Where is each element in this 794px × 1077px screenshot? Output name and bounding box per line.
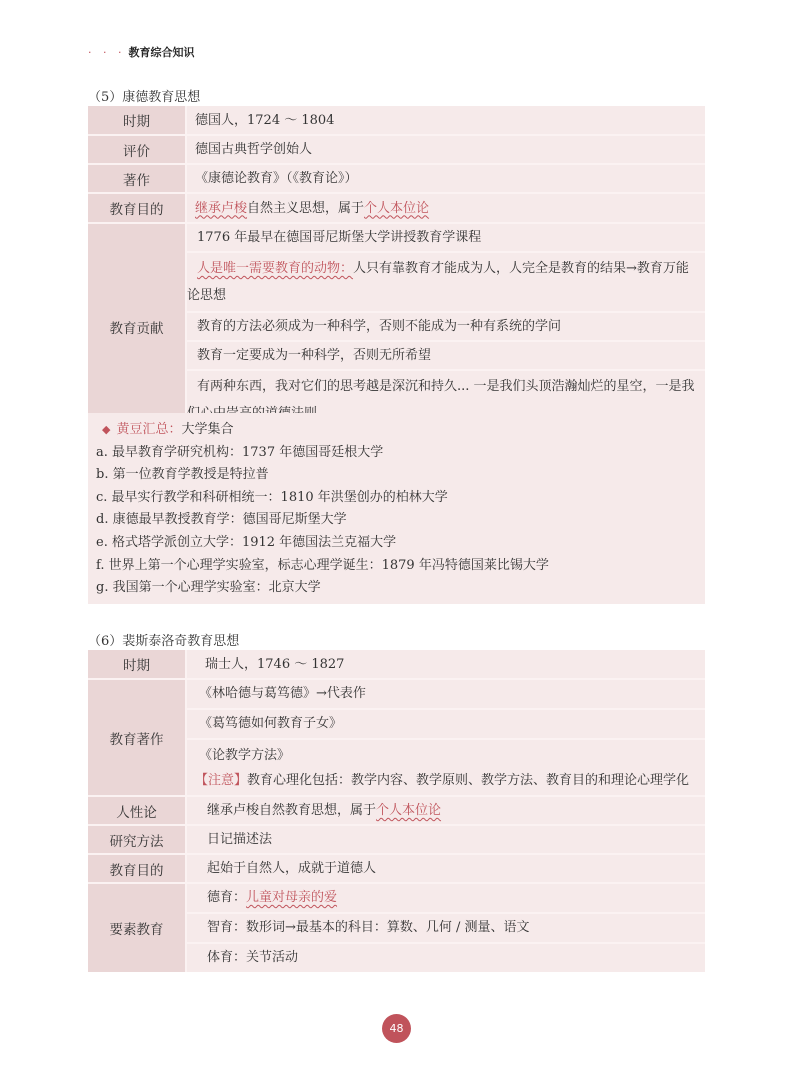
book-title: 《论教学方法》 [199,743,701,768]
row-value: 继承卢梭自然主义思想，属于个人本位论 [186,193,705,223]
row-value: 瑞士人，1746 ～ 1827 [186,650,705,679]
table-row: 时期 瑞士人，1746 ～ 1827 [88,650,705,679]
list-item: 人是唯一需要教育的动物：人只有靠教育才能成为人，人完全是教育的结果→教育万能论思… [187,253,705,313]
table-row: 人性论 继承卢梭自然教育思想，属于个人本位论 [88,796,705,825]
list-item: 《林哈德与葛笃德》→代表作 [187,680,705,710]
section-6-title: （6）裴斯泰洛奇教育思想 [88,630,239,649]
row-label: 教育目的 [88,193,186,223]
list-item: 德育：儿童对母亲的爱 [187,884,705,914]
list-item: a. 最早教育学研究机构：1737 年德国哥廷根大学 [96,442,697,465]
row-value: 德国古典哲学创始人 [186,135,705,164]
list-item: 教育的方法必须成为一种科学，否则不能成为一种有系统的学问 [187,313,705,342]
list-item: c. 最早实行教学和科研相统一：1810 年洪堡创办的柏林大学 [96,487,697,510]
row-label: 教育著作 [88,679,186,796]
summary-label: 黄豆汇总： [116,422,181,437]
table-row: 教育目的 起始于自然人，成就于道德人 [88,854,705,883]
highlight-text: 个人本位论 [364,201,429,216]
table-row: 时期 德国人，1724 ～ 1804 [88,106,705,135]
table-row: 研究方法 日记描述法 [88,825,705,854]
note-label: 【注意】 [195,773,247,788]
diamond-icon: ◆ [102,423,110,436]
row-value: 德国人，1724 ～ 1804 [186,106,705,135]
row-label: 教育目的 [88,854,186,883]
note-text: 教育心理化包括：教学内容、教学原则、教学方法、教育目的和理论心理学化 [247,773,689,788]
list-item: 智育：数形词→最基本的科目：算数、几何 / 测量、语文 [187,914,705,944]
list-item: g. 我国第一个心理学实验室：北京大学 [96,577,697,600]
list-item: 教育一定要成为一种科学，否则无所希望 [187,342,705,371]
list-item: 1776 年最早在德国哥尼斯堡大学讲授教育学课程 [187,224,705,253]
body-text: 继承卢梭自然教育思想，属于 [207,803,376,818]
summary-box: ◆黄豆汇总：大学集合 a. 最早教育学研究机构：1737 年德国哥廷根大学 b.… [88,413,705,604]
row-value: 日记描述法 [186,825,705,854]
table-row: 教育目的 继承卢梭自然主义思想，属于个人本位论 [88,193,705,223]
list-item: 《论教学方法》 【注意】教育心理化包括：教学内容、教学原则、教学方法、教育目的和… [187,740,705,795]
table-row: 评价 德国古典哲学创始人 [88,135,705,164]
row-label: 研究方法 [88,825,186,854]
section-5-title: （5）康德教育思想 [88,86,200,105]
highlight-text: 人是唯一需要教育的动物： [197,261,353,276]
header-title: 教育综合知识 [128,44,194,60]
running-header: · · · 教育综合知识 [88,44,194,60]
summary-topic: 大学集合 [181,422,233,437]
row-value: 起始于自然人，成就于道德人 [186,854,705,883]
row-label: 时期 [88,106,186,135]
highlight-text: 继承卢梭 [195,201,247,216]
row-label: 教育贡献 [88,223,186,430]
list-item: 体育：关节活动 [187,944,705,972]
row-value-list: 德育：儿童对母亲的爱 智育：数形词→最基本的科目：算数、几何 / 测量、语文 体… [186,883,705,972]
row-label: 评价 [88,135,186,164]
table-row: 教育著作 《林哈德与葛笃德》→代表作 《葛笃德如何教育子女》 《论教学方法》 【… [88,679,705,796]
summary-heading: ◆黄豆汇总：大学集合 [96,419,697,442]
list-item: d. 康德最早教授教育学：德国哥尼斯堡大学 [96,509,697,532]
row-value: 继承卢梭自然教育思想，属于个人本位论 [186,796,705,825]
note: 【注意】教育心理化包括：教学内容、教学原则、教学方法、教育目的和理论心理学化 [195,768,701,793]
list-item: e. 格式塔学派创立大学：1912 年德国法兰克福大学 [96,532,697,555]
row-label: 著作 [88,164,186,193]
row-value: 《康德论教育》（《教育论》） [186,164,705,193]
table-row: 要素教育 德育：儿童对母亲的爱 智育：数形词→最基本的科目：算数、几何 / 测量… [88,883,705,972]
table-row: 教育贡献 1776 年最早在德国哥尼斯堡大学讲授教育学课程 人是唯一需要教育的动… [88,223,705,430]
body-text: 德育： [207,890,246,905]
highlight-text: 儿童对母亲的爱 [246,890,337,905]
list-item: b. 第一位教育学教授是特拉普 [96,464,697,487]
header-dots: · · · [88,46,125,59]
row-label: 人性论 [88,796,186,825]
row-label: 时期 [88,650,186,679]
highlight-text: 个人本位论 [376,803,441,818]
table-row: 著作 《康德论教育》（《教育论》） [88,164,705,193]
page-number-badge: 48 [382,1014,411,1043]
body-text: 自然主义思想，属于 [247,201,364,216]
list-item: 《葛笃德如何教育子女》 [187,710,705,740]
row-value-list: 《林哈德与葛笃德》→代表作 《葛笃德如何教育子女》 《论教学方法》 【注意】教育… [186,679,705,796]
list-item: f. 世界上第一个心理学实验室，标志心理学诞生：1879 年冯特德国莱比锡大学 [96,555,697,578]
pestalozzi-table: 时期 瑞士人，1746 ～ 1827 教育著作 《林哈德与葛笃德》→代表作 《葛… [88,650,705,972]
row-label: 要素教育 [88,883,186,972]
row-value-list: 1776 年最早在德国哥尼斯堡大学讲授教育学课程 人是唯一需要教育的动物：人只有… [186,223,705,430]
kant-table: 时期 德国人，1724 ～ 1804 评价 德国古典哲学创始人 著作 《康德论教… [88,106,705,431]
